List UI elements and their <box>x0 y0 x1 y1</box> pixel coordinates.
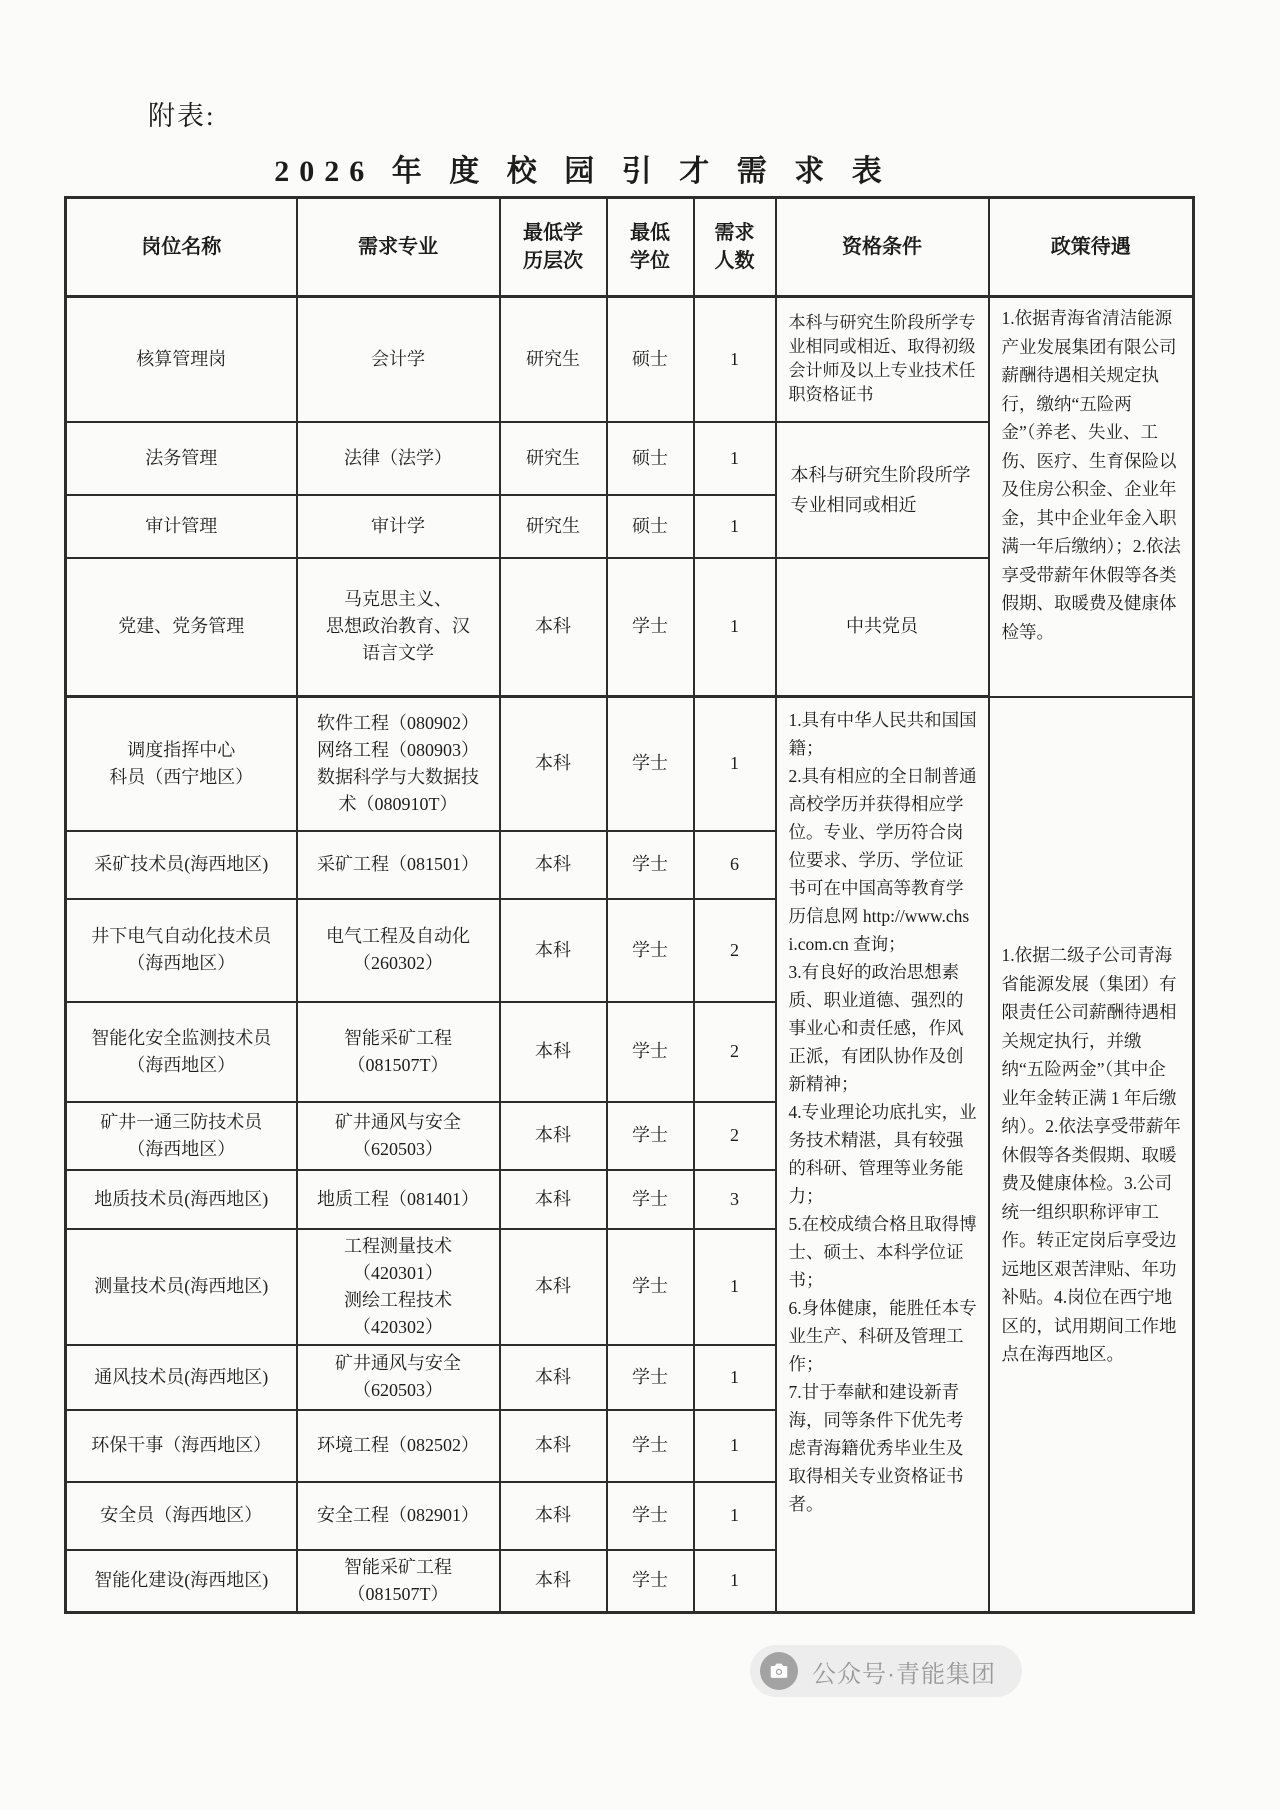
cell-policy-section2: 1.依据二级子公司青海省能源发展（集团）有限责任公司薪酬待遇相关规定执行，并缴纳… <box>989 697 1194 1613</box>
cell-education: 本科 <box>500 1482 607 1550</box>
cell-position: 审计管理 <box>66 495 297 558</box>
cell-major: 矿井通风与安全 （620503） <box>297 1102 500 1170</box>
cell-degree: 学士 <box>607 1102 694 1170</box>
cell-education: 研究生 <box>500 297 607 422</box>
cell-degree: 学士 <box>607 1410 694 1482</box>
cell-education: 研究生 <box>500 495 607 558</box>
table-row: 核算管理岗 会计学 研究生 硕士 1 本科与研究生阶段所学专业相同或相近、取得初… <box>66 297 1194 422</box>
cell-education: 本科 <box>500 831 607 899</box>
cell-qualification-technical: 1.具有中华人民共和国国籍； 2.具有相应的全日制普通高校学历并获得相应学位。专… <box>776 697 989 1613</box>
cell-qualification-accounting: 本科与研究生阶段所学专业相同或相近、取得初级会计师及以上专业技术任职资格证书 <box>776 297 989 422</box>
cell-degree: 学士 <box>607 1229 694 1345</box>
cell-education: 研究生 <box>500 422 607 495</box>
cell-education: 本科 <box>500 1102 607 1170</box>
cell-count: 6 <box>694 831 776 899</box>
cell-policy-section1: 1.依据青海省清洁能源产业发展集团有限公司薪酬待遇相关规定执行，缴纳“五险两金”… <box>989 297 1194 697</box>
cell-education: 本科 <box>500 558 607 697</box>
cell-degree: 学士 <box>607 899 694 1002</box>
cell-position: 党建、党务管理 <box>66 558 297 697</box>
cell-count: 1 <box>694 1410 776 1482</box>
cell-education: 本科 <box>500 697 607 831</box>
cell-major: 采矿工程（081501） <box>297 831 500 899</box>
cell-major: 会计学 <box>297 297 500 422</box>
cell-position: 安全员（海西地区） <box>66 1482 297 1550</box>
cell-degree: 学士 <box>607 1002 694 1102</box>
header-row: 岗位名称 需求专业 最低学 历层次 最低 学位 需求 人数 资格条件 政策待遇 <box>66 198 1194 297</box>
cell-education: 本科 <box>500 1170 607 1229</box>
cell-major: 矿井通风与安全 （620503） <box>297 1345 500 1410</box>
cell-education: 本科 <box>500 1229 607 1345</box>
cell-major: 地质工程（081401） <box>297 1170 500 1229</box>
cell-count: 1 <box>694 697 776 831</box>
col-header-position: 岗位名称 <box>66 198 297 297</box>
cell-count: 2 <box>694 899 776 1002</box>
cell-position: 井下电气自动化技术员 （海西地区） <box>66 899 297 1002</box>
cell-degree: 学士 <box>607 1482 694 1550</box>
col-header-education: 最低学 历层次 <box>500 198 607 297</box>
cell-count: 1 <box>694 422 776 495</box>
camera-glyph <box>768 1660 790 1682</box>
cell-degree: 硕士 <box>607 297 694 422</box>
watermark-label: 公众号·青能集团 <box>812 1654 996 1689</box>
cell-count: 1 <box>694 1482 776 1550</box>
cell-count: 1 <box>694 1345 776 1410</box>
cell-position: 通风技术员(海西地区) <box>66 1345 297 1410</box>
cell-position: 测量技术员(海西地区) <box>66 1229 297 1345</box>
cell-position: 矿井一通三防技术员 （海西地区） <box>66 1102 297 1170</box>
cell-education: 本科 <box>500 1410 607 1482</box>
cell-count: 1 <box>694 495 776 558</box>
cell-education: 本科 <box>500 1345 607 1410</box>
cell-count: 2 <box>694 1102 776 1170</box>
cell-major: 马克思主义、 思想政治教育、汉 语言文学 <box>297 558 500 697</box>
cell-count: 1 <box>694 1550 776 1613</box>
cell-degree: 学士 <box>607 558 694 697</box>
cell-position: 地质技术员(海西地区) <box>66 1170 297 1229</box>
cell-major: 智能采矿工程 （081507T） <box>297 1002 500 1102</box>
cell-position: 法务管理 <box>66 422 297 495</box>
cell-position: 智能化安全监测技术员 （海西地区） <box>66 1002 297 1102</box>
col-header-count: 需求 人数 <box>694 198 776 297</box>
cell-education: 本科 <box>500 1002 607 1102</box>
cell-count: 1 <box>694 297 776 422</box>
cell-qualification-party: 中共党员 <box>776 558 989 697</box>
page-title: 2026 年 度 校 园 引 才 需 求 表 <box>64 146 1192 190</box>
cell-major: 电气工程及自动化 （260302） <box>297 899 500 1002</box>
cell-major: 工程测量技术 （420301） 测绘工程技术 （420302） <box>297 1229 500 1345</box>
document-page: 附表: 2026 年 度 校 园 引 才 需 求 表 岗位名称 需求专业 最低学… <box>0 0 1280 1810</box>
cell-position: 调度指挥中心 科员（西宁地区） <box>66 697 297 831</box>
cell-degree: 学士 <box>607 1550 694 1613</box>
cell-position: 智能化建设(海西地区) <box>66 1550 297 1613</box>
col-header-major: 需求专业 <box>297 198 500 297</box>
col-header-policy: 政策待遇 <box>989 198 1194 297</box>
official-account-icon <box>760 1652 798 1690</box>
attachment-label: 附表: <box>148 94 216 133</box>
cell-degree: 学士 <box>607 1345 694 1410</box>
col-header-degree: 最低 学位 <box>607 198 694 297</box>
cell-degree: 硕士 <box>607 422 694 495</box>
cell-major: 法律（法学） <box>297 422 500 495</box>
watermark-pill: 公众号·青能集团 <box>750 1645 1022 1697</box>
cell-degree: 学士 <box>607 831 694 899</box>
table-row: 调度指挥中心 科员（西宁地区） 软件工程（080902） 网络工程（080903… <box>66 697 1194 831</box>
cell-position: 核算管理岗 <box>66 297 297 422</box>
cell-position: 环保干事（海西地区） <box>66 1410 297 1482</box>
cell-education: 本科 <box>500 1550 607 1613</box>
cell-qualification-legal-audit: 本科与研究生阶段所学专业相同或相近 <box>776 422 989 558</box>
cell-education: 本科 <box>500 899 607 1002</box>
cell-degree: 学士 <box>607 1170 694 1229</box>
cell-position: 采矿技术员(海西地区) <box>66 831 297 899</box>
cell-major: 环境工程（082502） <box>297 1410 500 1482</box>
cell-count: 1 <box>694 558 776 697</box>
cell-major: 智能采矿工程 （081507T） <box>297 1550 500 1613</box>
cell-major: 安全工程（082901） <box>297 1482 500 1550</box>
cell-major: 审计学 <box>297 495 500 558</box>
cell-count: 2 <box>694 1002 776 1102</box>
cell-major: 软件工程（080902） 网络工程（080903） 数据科学与大数据技 术（08… <box>297 697 500 831</box>
cell-count: 3 <box>694 1170 776 1229</box>
col-header-qualification: 资格条件 <box>776 198 989 297</box>
cell-degree: 学士 <box>607 697 694 831</box>
recruitment-table: 岗位名称 需求专业 最低学 历层次 最低 学位 需求 人数 资格条件 政策待遇 … <box>64 196 1195 1614</box>
cell-count: 1 <box>694 1229 776 1345</box>
cell-degree: 硕士 <box>607 495 694 558</box>
